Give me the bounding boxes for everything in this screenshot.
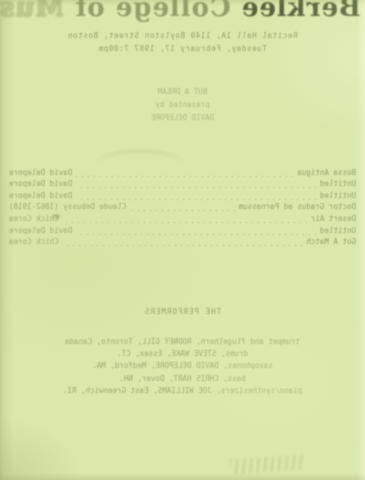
program-row: Got A Match Chick Corea bbox=[9, 235, 356, 247]
program-row: Untitled David Delepore bbox=[9, 177, 356, 189]
dot-leader bbox=[130, 203, 234, 211]
performer-name: DAVID DELEPORE bbox=[0, 111, 365, 124]
piece-title: Untitled bbox=[320, 226, 356, 235]
performers-list: trumpet and flugelhorn, RODNEY GILL, Tor… bbox=[0, 336, 365, 397]
performer-line: piano/synthesizers, JOE WILLIAMS, East G… bbox=[0, 385, 365, 397]
dot-leader bbox=[63, 238, 303, 246]
composer-name: Chick Corea bbox=[9, 214, 59, 223]
dot-leader bbox=[76, 180, 316, 188]
performer-line: bass, CHRIS HART, Dover, NH. bbox=[0, 373, 365, 385]
composer-name: David Delepore bbox=[9, 168, 72, 177]
composer-name: David Delepore bbox=[9, 179, 72, 188]
performer-line: saxophones, DAVID DELEPORE, Medford, MA. bbox=[0, 360, 365, 372]
masthead-logo: Berklee College of Music bbox=[2, 0, 361, 25]
recital-title-block: BUT A DREAM presented by DAVID DELEPORE bbox=[0, 85, 365, 124]
date-time-line: Tuesday, February 17, 1987 7:00pm bbox=[0, 44, 365, 53]
masthead-word-music: Music bbox=[0, 0, 64, 23]
dot-leader bbox=[63, 215, 307, 223]
piece-title: Doctor Gradus ad Parnassum bbox=[239, 202, 356, 211]
composer-name: Claude Debussy (1862-1918) bbox=[9, 202, 126, 211]
mirrored-bleedthrough-layer: Berklee College of Music Recital Hall 1A… bbox=[0, 0, 365, 480]
composer-name: David Delepore bbox=[9, 226, 72, 235]
recital-title: BUT A DREAM bbox=[0, 85, 365, 98]
program-row: Desert Air Chick Corea bbox=[9, 211, 356, 223]
program-row: Doctor Gradus ad Parnassum Claude Debuss… bbox=[9, 200, 356, 212]
program-row: Bossa Antigua David Delepore bbox=[9, 165, 356, 177]
piece-title: Desert Air bbox=[311, 214, 356, 223]
composer-name: Chick Corea bbox=[9, 237, 59, 246]
dot-leader bbox=[76, 192, 316, 200]
dot-leader bbox=[76, 169, 293, 177]
performer-line: drums, STEVE WAKE, Essex, CT. bbox=[0, 348, 365, 360]
masthead-word-college-of: College of bbox=[74, 0, 231, 23]
dot-leader bbox=[76, 227, 316, 235]
program-row: Untitled David Delepore bbox=[9, 223, 356, 235]
program-list: Bossa Antigua David Delepore Untitled Da… bbox=[9, 165, 356, 246]
piece-title: Untitled bbox=[320, 179, 356, 188]
composer-name: David Delepore bbox=[9, 191, 72, 200]
presented-by-line: presented by bbox=[0, 98, 365, 111]
piece-title: Bossa Antigua bbox=[297, 168, 356, 177]
program-row: Untitled David Delepore bbox=[9, 188, 356, 200]
performers-heading: THE PERFORMERS bbox=[0, 307, 365, 316]
venue-address-line: Recital Hall 1A, 1140 Boylston Street, B… bbox=[0, 31, 365, 40]
piece-title: Untitled bbox=[320, 191, 356, 200]
performer-line: trumpet and flugelhorn, RODNEY GILL, Tor… bbox=[0, 336, 365, 348]
piece-title: Got A Match bbox=[306, 237, 356, 246]
masthead-word-berklee: Berklee bbox=[241, 0, 361, 23]
scanned-program-page: Berklee College of Music Recital Hall 1A… bbox=[0, 0, 365, 480]
